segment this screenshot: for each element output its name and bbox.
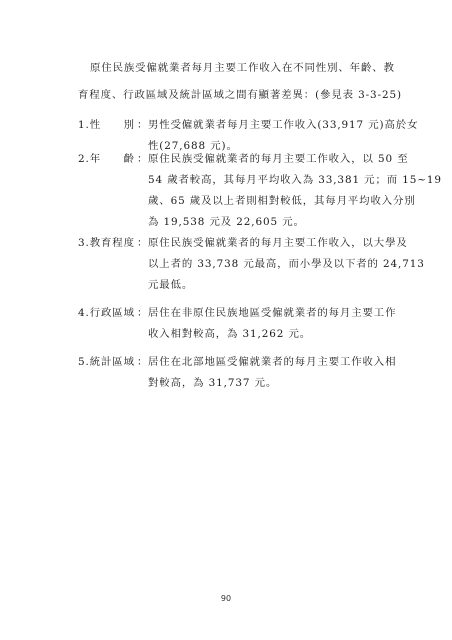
item-label: 3.教育程度 [78,236,135,250]
intro-paragraph-line-1: 原住民族受僱就業者每月主要工作收入在不同性別、年齡、教 [90,61,395,75]
item-text-line: 以上者的 33,738 元最高，而小學及以下者的 24,713 [148,257,425,271]
item-text-line: 歲、65 歲及以上者則相對較低，其每月平均收入分別 [148,194,416,208]
item-label: 5.統計區域 [78,355,135,369]
item-text-line: 性(27,688 元)。 [148,139,238,153]
page-number: 90 [0,594,452,603]
item-text-line: 對較高，為 31,737 元。 [148,376,277,390]
item-text-line: 居住在非原住民族地區受僱就業者的每月主要工作 [148,306,396,320]
intro-paragraph-line-2: 育程度、行政區域及統計區域之間有顯著差異：(參見表 3-3-25) [78,88,402,102]
document-page: 原住民族受僱就業者每月主要工作收入在不同性別、年齡、教 育程度、行政區域及統計區… [0,0,452,640]
item-text-line: 男性受僱就業者每月主要工作收入(33,917 元)高於女 [148,118,418,132]
item-label: 4.行政區域 [78,306,135,320]
item-colon: ： [137,306,147,320]
item-colon: ： [137,152,147,166]
item-text-line: 居住在北部地區受僱就業者的每月主要工作收入相 [148,355,396,369]
item-text-line: 54 歲者較高，其每月平均收入為 33,381 元；而 15~19 [148,173,442,187]
item-text-line: 收入相對較高，為 31,262 元。 [148,327,311,341]
item-text-line: 原住民族受僱就業者的每月主要工作收入，以大學及 [148,236,408,250]
item-label: 2.年 齡 [78,152,135,166]
item-colon: ： [137,236,147,250]
item-label: 1.性 別 [78,118,135,132]
item-colon: ： [137,118,147,132]
item-text-line: 為 19,538 元及 22,605 元。 [148,215,305,229]
item-colon: ： [137,355,147,369]
item-text-line: 原住民族受僱就業者的每月主要工作收入，以 50 至 [148,152,409,166]
item-text-line: 元最低。 [148,278,193,292]
